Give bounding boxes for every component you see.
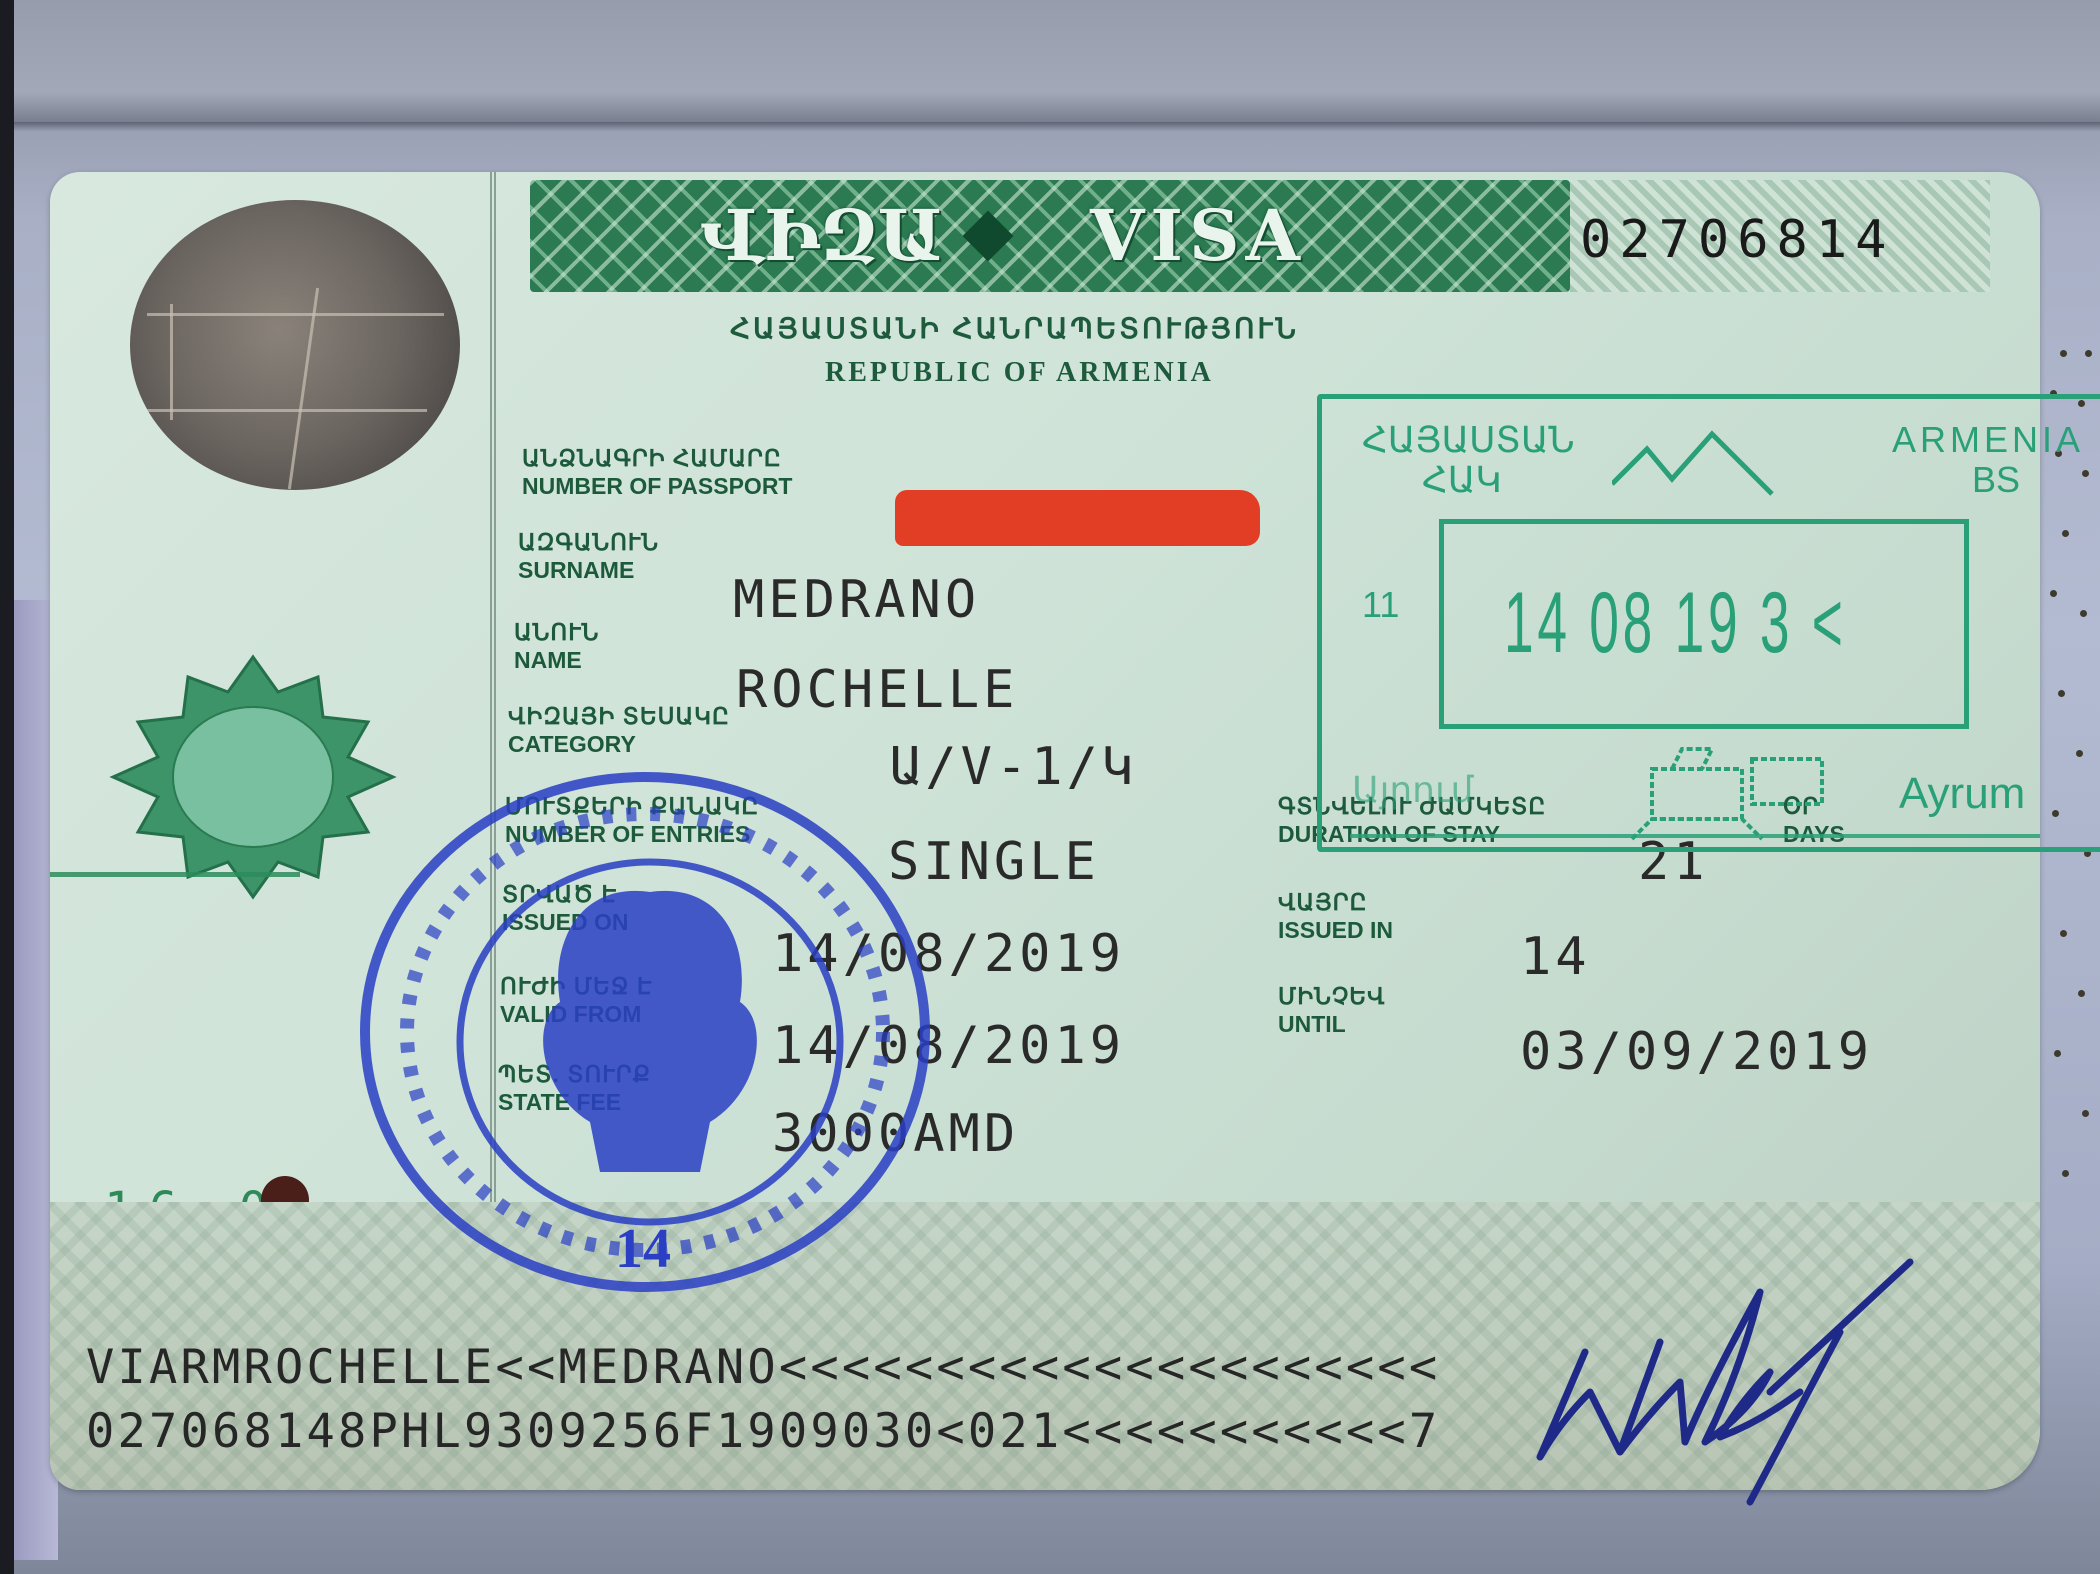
label-surname: ԱԶԳԱՆՈՒՆ SURNAME bbox=[518, 528, 659, 584]
entry-date: 14 08 19 3 < bbox=[1504, 574, 1847, 673]
official-seal-icon: 14 bbox=[350, 762, 940, 1302]
hologram-icon bbox=[130, 200, 460, 490]
label-category: ՎԻԶԱՅԻ ՏԵՍԱԿԸ CATEGORY bbox=[508, 702, 730, 758]
stamp-place-english: Ayrum bbox=[1899, 769, 2025, 819]
stamp-place-armenian: Այրում bbox=[1352, 769, 1473, 811]
mountain-icon bbox=[1612, 429, 1782, 499]
stamp-country-english: ARMENIA bbox=[1892, 419, 2084, 461]
label-passport-number: ԱՆՁՆԱԳՐԻ ՀԱՄԱՐԸ NUMBER OF PASSPORT bbox=[522, 444, 792, 500]
diamond-ornament-icon bbox=[963, 211, 1014, 262]
perforation-dot bbox=[2062, 1170, 2069, 1177]
label-until: ՄԻՆՉԵՎ UNTIL bbox=[1278, 982, 1385, 1038]
perforation-dot bbox=[2060, 930, 2067, 937]
stamp-code-armenian: ՀԱԿ bbox=[1422, 459, 1502, 501]
stamp-side-number: 11 bbox=[1362, 584, 1399, 626]
visa-header-band: ՎԻԶԱ VISA bbox=[530, 180, 1570, 292]
visa-title: VISA bbox=[1090, 194, 1306, 277]
perforation-dot bbox=[2085, 350, 2092, 357]
label-name: ԱՆՈՒՆ NAME bbox=[514, 618, 599, 674]
stamp-country-armenian: ՀԱՅԱՍՏԱՆ bbox=[1362, 419, 1575, 461]
name-value: ROCHELLE bbox=[736, 660, 1018, 720]
stamp-code-english: BS bbox=[1972, 459, 2020, 501]
redacted-passport-number bbox=[895, 490, 1260, 546]
issued-in-value: 14 bbox=[1520, 927, 1591, 987]
seal-number: 14 bbox=[615, 1218, 671, 1280]
train-icon bbox=[1622, 744, 1842, 844]
until-value: 03/09/2019 bbox=[1520, 1022, 1873, 1082]
issuer-armenian: ՀԱՅԱՍՏԱՆԻ ՀԱՆՐԱՊԵՏՈՒԹՅՈՒՆ bbox=[730, 312, 1299, 345]
label-issued-in: ՎԱՅՐԸ ISSUED IN bbox=[1278, 888, 1393, 944]
stamp-line bbox=[1350, 834, 2040, 838]
stamp-date-box: 14 08 19 3 < bbox=[1439, 519, 1969, 729]
perforation-dot bbox=[2054, 1050, 2061, 1057]
stamp-line bbox=[50, 872, 300, 877]
visa-title-armenian: ՎԻԶԱ bbox=[700, 194, 944, 277]
perforation-dot bbox=[2082, 1110, 2089, 1117]
mrz-line-2: 027068148PHL9309256F1909030<021<<<<<<<<<… bbox=[86, 1404, 1440, 1459]
visa-sticker: 16 08 ing ՎԻԶԱ VISA bbox=[50, 172, 2040, 1490]
mrz-line-1: VIARMROCHELLE<<MEDRANO<<<<<<<<<<<<<<<<<<… bbox=[86, 1340, 1440, 1395]
perforation-dot bbox=[2078, 990, 2085, 997]
perforation-dot bbox=[2060, 350, 2067, 357]
signature bbox=[1510, 1242, 1930, 1512]
passport-facing-page bbox=[0, 0, 2100, 132]
entry-stamp: ՀԱՅԱՍՏԱՆ ՀԱԿ ARMENIA BS 11 14 08 19 3 < … bbox=[1317, 394, 2100, 852]
surname-value: MEDRANO bbox=[733, 570, 980, 630]
issuer-english: REPUBLIC OF ARMENIA bbox=[825, 357, 1214, 389]
passport-spine bbox=[0, 0, 14, 1574]
page-fold bbox=[12, 122, 2100, 132]
visa-number: 02706814 bbox=[1580, 210, 1894, 270]
